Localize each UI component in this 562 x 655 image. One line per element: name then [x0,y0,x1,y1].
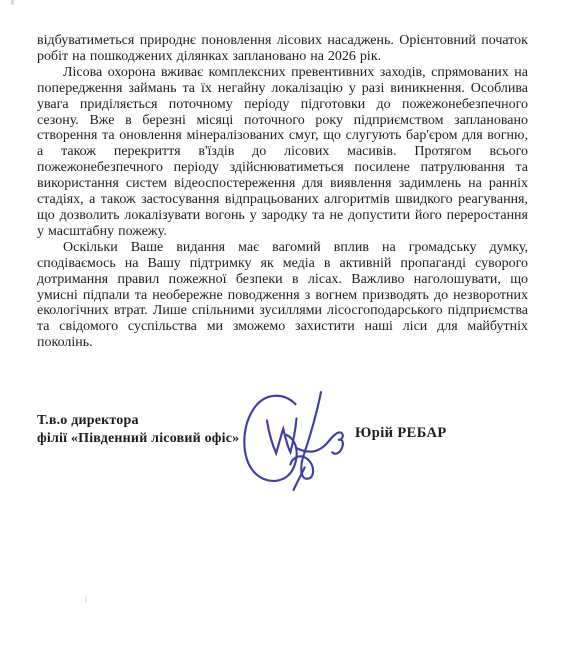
signer-name: Юрій РЕБАР [355,425,447,442]
scan-artifact [11,0,14,5]
document-page: відбуватиметься природнє поновлення лісо… [0,0,562,655]
scan-artifact [85,595,87,603]
signature-block: Т.в.о директора філії «Південний лісовий… [37,412,528,552]
letter-body: відбуватиметься природнє поновлення лісо… [37,33,528,552]
handwritten-signature-icon [237,390,355,492]
paragraph-continuation: відбуватиметься природнє поновлення лісо… [37,33,528,65]
paragraph-media-appeal: Оскільки Ваше видання має вагомий вплив … [37,240,528,351]
paragraph-forest-protection: Лісова охорона вживає комплексних превен… [37,65,528,240]
